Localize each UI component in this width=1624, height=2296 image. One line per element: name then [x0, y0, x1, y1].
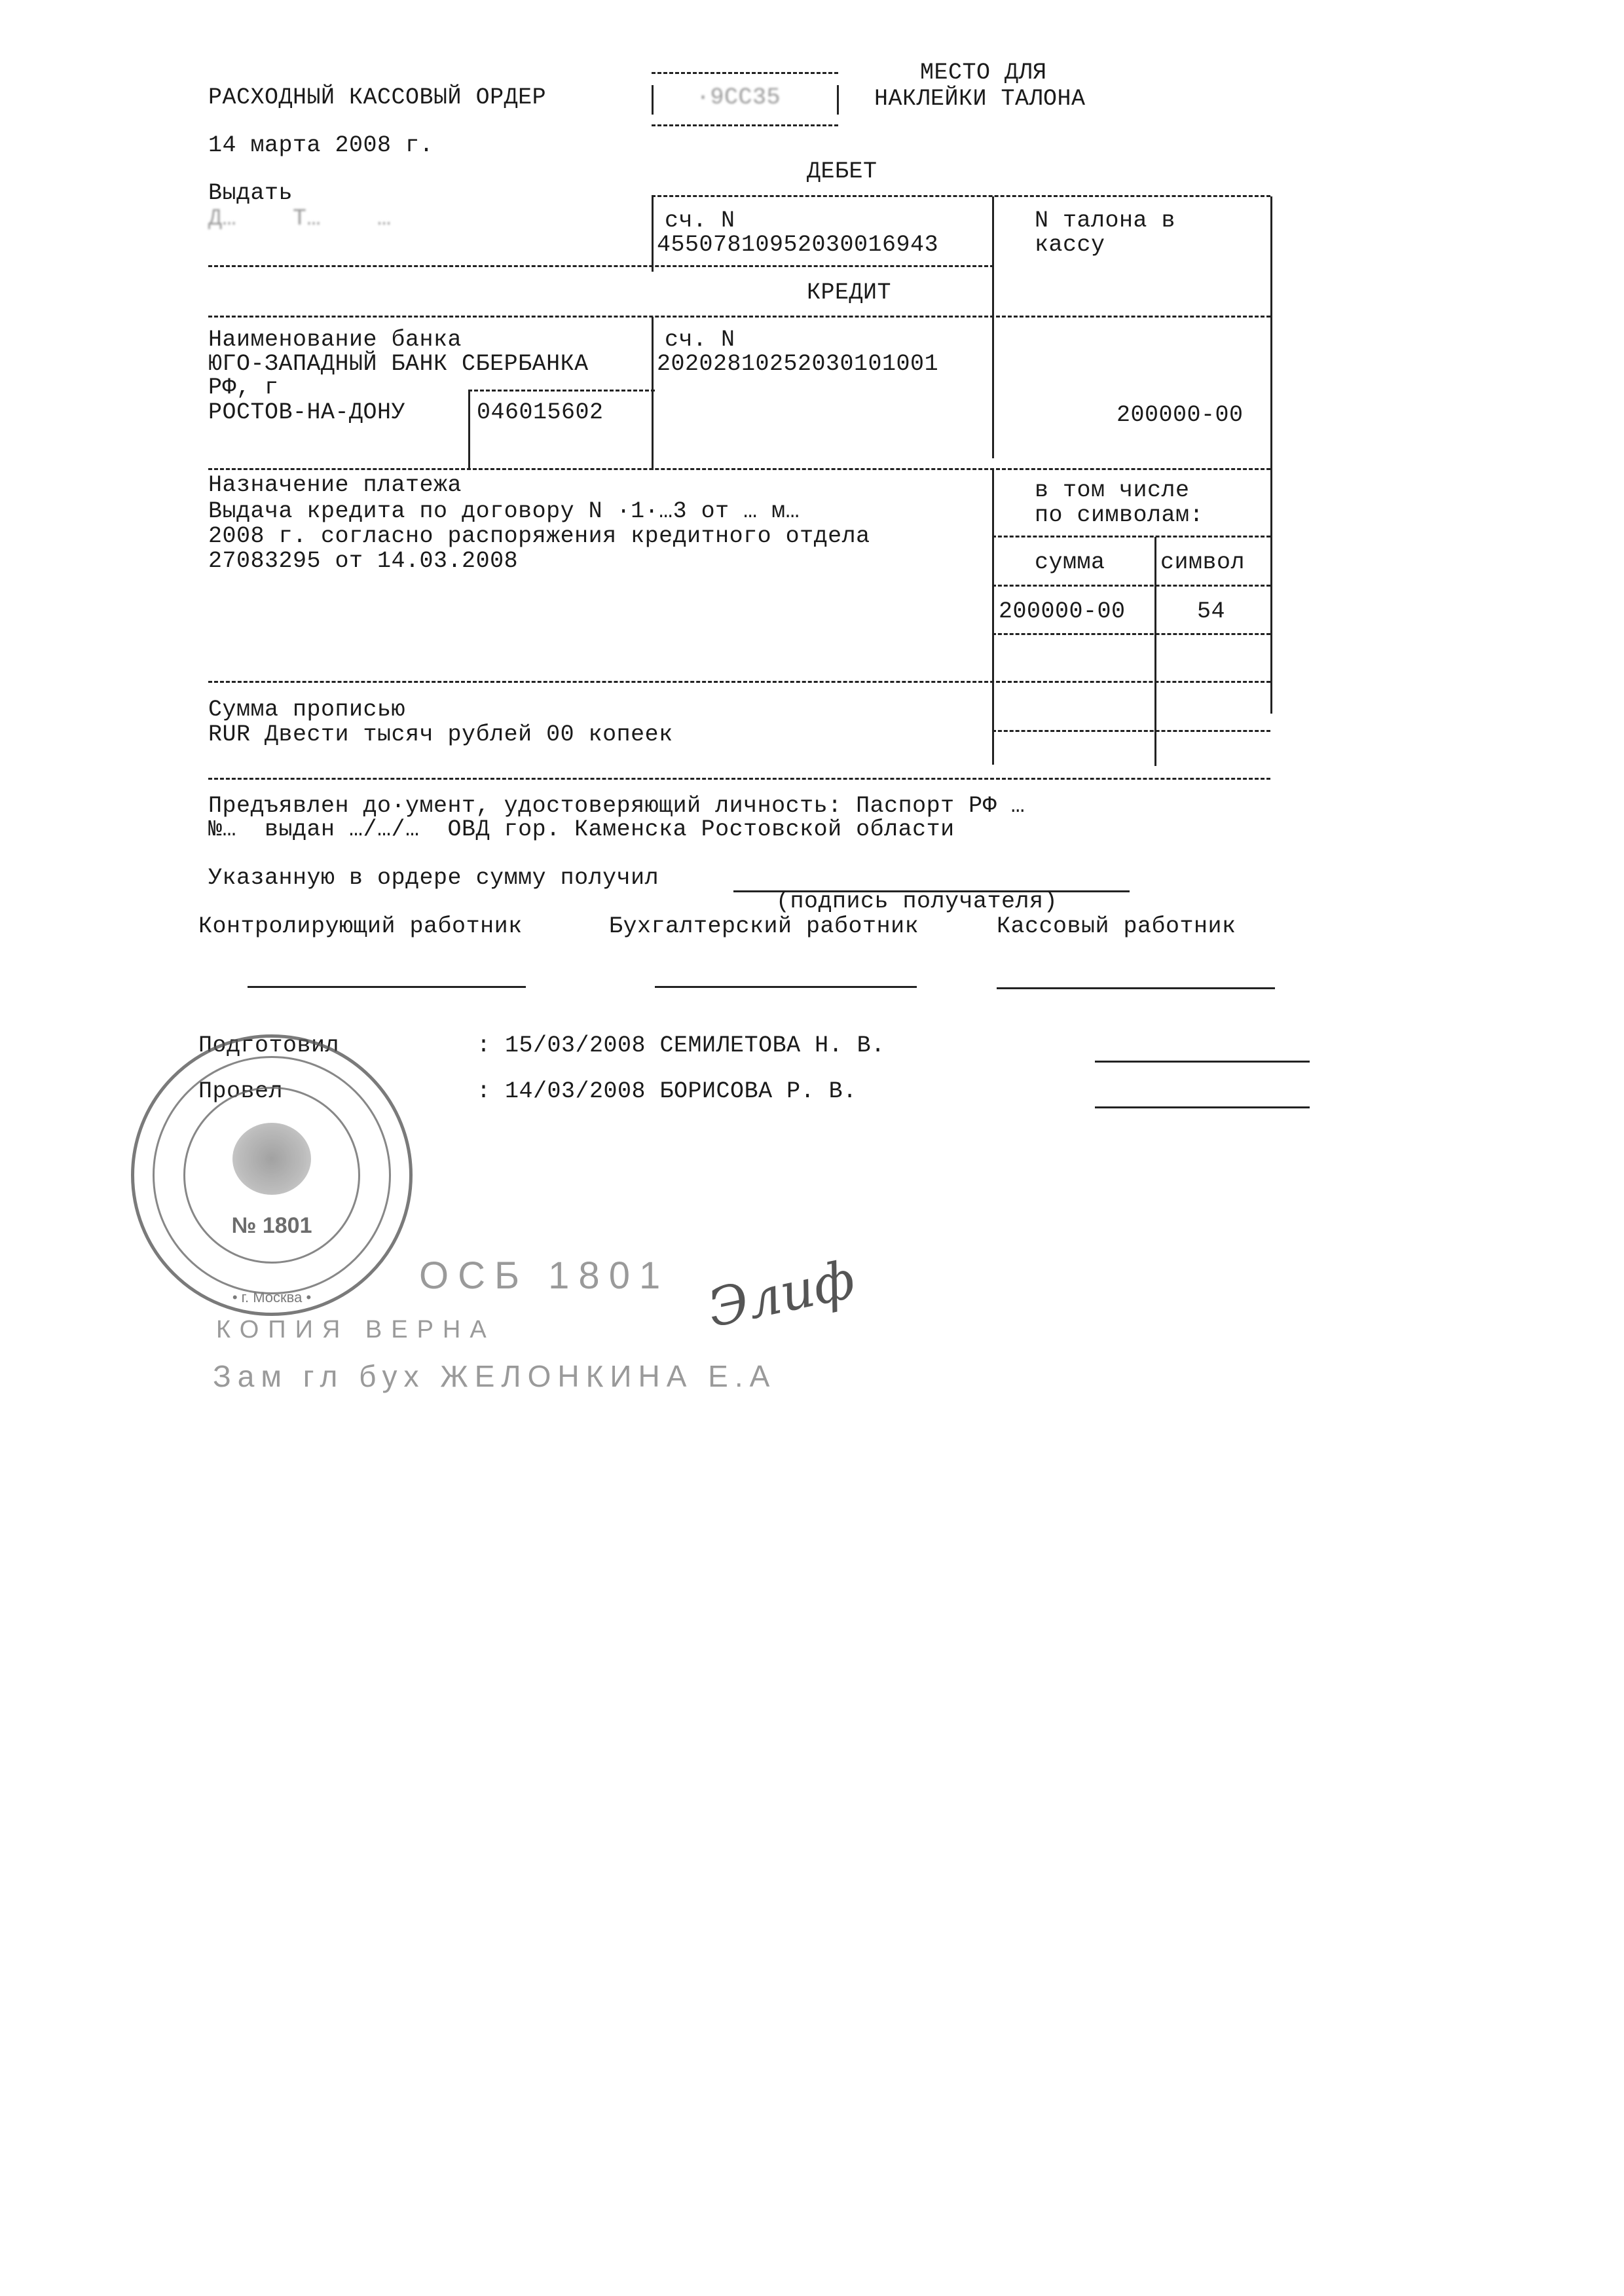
purpose-line-2: 2008 г. согласно распоряжения кредитного…	[208, 524, 870, 549]
handwritten-signature: Элиф	[703, 1248, 860, 1339]
table-line	[1270, 196, 1272, 714]
symbols-row-symbol: 54	[1197, 599, 1225, 624]
table-line	[992, 730, 1270, 732]
issue-label: Выдать	[208, 181, 293, 206]
order-number-box-right	[837, 85, 839, 115]
table-line	[992, 585, 1270, 587]
conducted-value: : 14/03/2008 БОРИСОВА Р. В.	[477, 1079, 857, 1104]
seal-city: • г. Москва •	[134, 1289, 409, 1306]
branch-stamp: ОСБ 1801	[419, 1254, 669, 1298]
recipient-signature-caption: (подпись получателя)	[776, 889, 1058, 914]
bank-city: РОСТОВ-НА-ДОНУ	[208, 400, 405, 425]
table-line	[468, 392, 470, 470]
table-line	[208, 265, 994, 267]
accountant-label: Бухгалтерский работник	[609, 914, 919, 939]
identity-line-1: Предъявлен до·умент, удостоверяющий личн…	[208, 793, 1025, 818]
order-number: ·9CC35	[668, 85, 781, 110]
controller-signature-line	[248, 986, 526, 988]
received-label: Указанную в ордере сумму получил	[208, 866, 659, 890]
sberbank-logo-icon	[232, 1123, 311, 1195]
cashier-signature-line	[997, 987, 1275, 989]
table-line	[468, 390, 655, 392]
purpose-line-1: Выдача кредита по договору N ·1·…3 от … …	[208, 499, 800, 524]
table-line	[208, 681, 1270, 683]
amount-words-label: Сумма прописью	[208, 697, 405, 722]
debit-account-label: сч. N	[665, 208, 735, 233]
table-line	[208, 468, 1270, 470]
prepared-value: : 15/03/2008 СЕМИЛЕТОВА Н. В.	[477, 1033, 885, 1058]
order-number-box-left	[652, 85, 654, 115]
identity-line-2: №… выдан …/…/… ОВД гор. Каменска Ростовс…	[208, 817, 955, 842]
credit-account-label: сч. N	[665, 327, 735, 352]
table-line	[992, 536, 1270, 538]
sticker-place-label-2: НАКЛЕЙКИ ТАЛОНА	[874, 86, 1086, 111]
symbols-header-symbol: символ	[1160, 550, 1245, 575]
symbols-row-amount: 200000-00	[999, 599, 1126, 624]
table-line	[992, 633, 1270, 635]
table-line	[992, 470, 994, 765]
prepared-signature-line	[1095, 1061, 1310, 1063]
table-line	[652, 317, 654, 470]
order-number-box-top	[652, 72, 838, 74]
cashier-label: Кассовый работник	[997, 914, 1236, 939]
debit-account-number: 45507810952030016943	[657, 232, 938, 257]
sticker-place-label: МЕСТО ДЛЯ	[920, 60, 1047, 85]
seal-number: № 1801	[134, 1213, 409, 1239]
symbols-label-2: по символам:	[1035, 503, 1204, 528]
table-line	[208, 316, 1270, 318]
bank-name: ЮГО-ЗАПАДНЫЙ БАНК СБЕРБАНКА	[208, 352, 589, 376]
document-title: РАСХОДНЫЙ КАССОВЫЙ ОРДЕР	[208, 85, 546, 110]
certifier-stamp: Зам гл бух ЖЕЛОНКИНА Е.А	[213, 1358, 776, 1394]
copy-true-stamp: КОПИЯ ВЕРНА	[216, 1316, 496, 1344]
conducted-signature-line	[1095, 1106, 1310, 1108]
credit-amount: 200000-00	[1116, 403, 1244, 428]
recipient-name: Д… Т… …	[208, 206, 392, 231]
purpose-line-3: 27083295 от 14.03.2008	[208, 549, 518, 574]
bank-name-2: РФ, г	[208, 375, 279, 400]
credit-account-number: 20202810252030101001	[657, 352, 938, 376]
order-number-box-bottom	[652, 124, 838, 126]
table-line	[992, 196, 994, 458]
purpose-label: Назначение платежа	[208, 473, 462, 498]
order-date: 14 марта 2008 г.	[208, 133, 434, 158]
bank-bik: 046015602	[477, 400, 604, 425]
accountant-signature-line	[655, 986, 917, 988]
bank-seal-stamp: № 1801 • г. Москва •	[131, 1034, 413, 1316]
coupon-label: N талона в	[1035, 208, 1175, 233]
table-line	[208, 778, 1270, 780]
table-line	[652, 196, 654, 272]
debit-header: ДЕБЕТ	[807, 159, 877, 184]
symbols-label: в том числе	[1035, 478, 1190, 503]
controller-label: Контролирующий работник	[198, 914, 523, 939]
table-line	[652, 195, 1270, 197]
credit-header: КРЕДИТ	[807, 280, 891, 305]
coupon-label-2: кассу	[1035, 232, 1105, 257]
symbols-header-amount: сумма	[1035, 550, 1105, 575]
bank-label: Наименование банка	[208, 327, 462, 352]
amount-words-value: RUR Двести тысяч рублей 00 копеек	[208, 722, 673, 747]
